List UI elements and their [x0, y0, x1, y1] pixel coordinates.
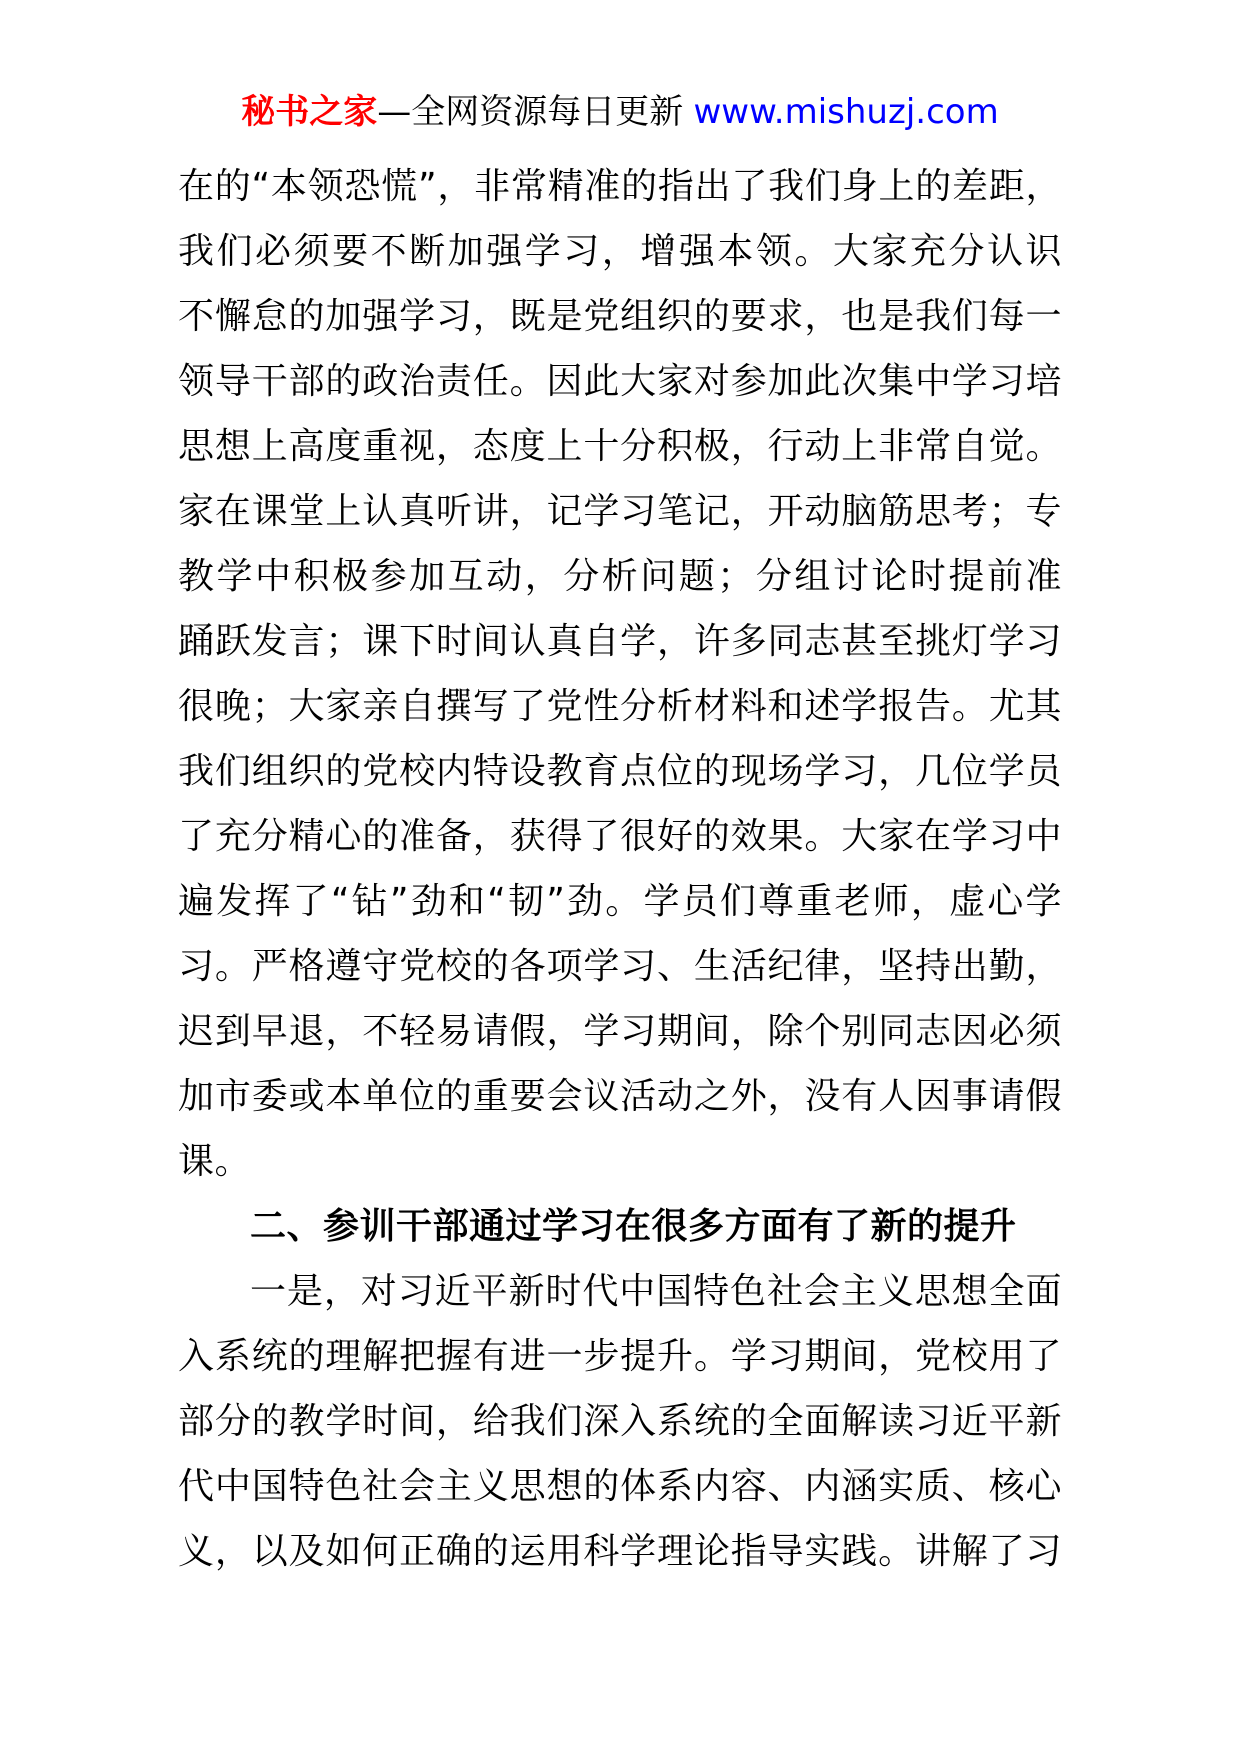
text-line: 了充分精心的准备，获得了很好的效果。大家在学习中普: [178, 804, 1062, 869]
document-body: 在的“本领恐慌”，非常精准的指出了我们身上的差距，我们必须要不断加强学习，增强本…: [178, 154, 1062, 1584]
text-line: 不懈怠的加强学习，既是党组织的要求，也是我们每一个: [178, 284, 1062, 349]
text-line: 课。: [178, 1129, 1062, 1194]
page-header: 秘书之家—全网资源每日更新www.mishuzj.com: [0, 0, 1240, 134]
text-line: 教学中积极参加互动，分析问题；分组讨论时提前准备、: [178, 544, 1062, 609]
section-heading: 二、参训干部通过学习在很多方面有了新的提升: [178, 1194, 1062, 1259]
document-page: 秘书之家—全网资源每日更新www.mishuzj.com 在的“本领恐慌”，非常…: [0, 0, 1240, 1754]
header-url-link[interactable]: www.mishuzj.com: [693, 92, 998, 132]
text-line: 踊跃发言；课下时间认真自学，许多同志甚至挑灯学习到: [178, 609, 1062, 674]
text-line: 习。严格遵守党校的各项学习、生活纪律，坚持出勤，不: [178, 934, 1062, 999]
text-line: 代中国特色社会主义思想的体系内容、内涵实质、核心要: [178, 1454, 1062, 1519]
text-line: 入系统的理解把握有进一步提升。学习期间，党校用了大: [178, 1324, 1062, 1389]
text-line: 义，以及如何正确的运用科学理论指导实践。讲解了习近: [178, 1519, 1062, 1584]
site-brand: 秘书之家: [241, 92, 377, 132]
text-line: 领导干部的政治责任。因此大家对参加此次集中学习培训: [178, 349, 1062, 414]
text-line: 思想上高度重视，态度上十分积极，行动上非常自觉。大: [178, 414, 1062, 479]
text-line: 我们组织的党校内特设教育点位的现场学习，几位学员做: [178, 739, 1062, 804]
text-line: 部分的教学时间，给我们深入系统的全面解读习近平新时: [178, 1389, 1062, 1454]
text-line: 迟到早退，不轻易请假，学习期间，除个别同志因必须参: [178, 999, 1062, 1064]
text-line: 遍发挥了“钻”劲和“韧”劲。学员们尊重老师，虚心学: [178, 869, 1062, 934]
text-line: 家在课堂上认真听讲，记学习笔记，开动脑筋思考；专题: [178, 479, 1062, 544]
text-line: 在的“本领恐慌”，非常精准的指出了我们身上的差距，: [178, 154, 1062, 219]
text-line: 加市委或本单位的重要会议活动之外，没有人因事请假缺: [178, 1064, 1062, 1129]
text-line: 很晚；大家亲自撰写了党性分析材料和述学报告。尤其是: [178, 674, 1062, 739]
text-line: 一是，对习近平新时代中国特色社会主义思想全面深: [178, 1259, 1062, 1324]
text-line: 我们必须要不断加强学习，增强本领。大家充分认识到，: [178, 219, 1062, 284]
header-tagline: —全网资源每日更新: [377, 92, 683, 132]
